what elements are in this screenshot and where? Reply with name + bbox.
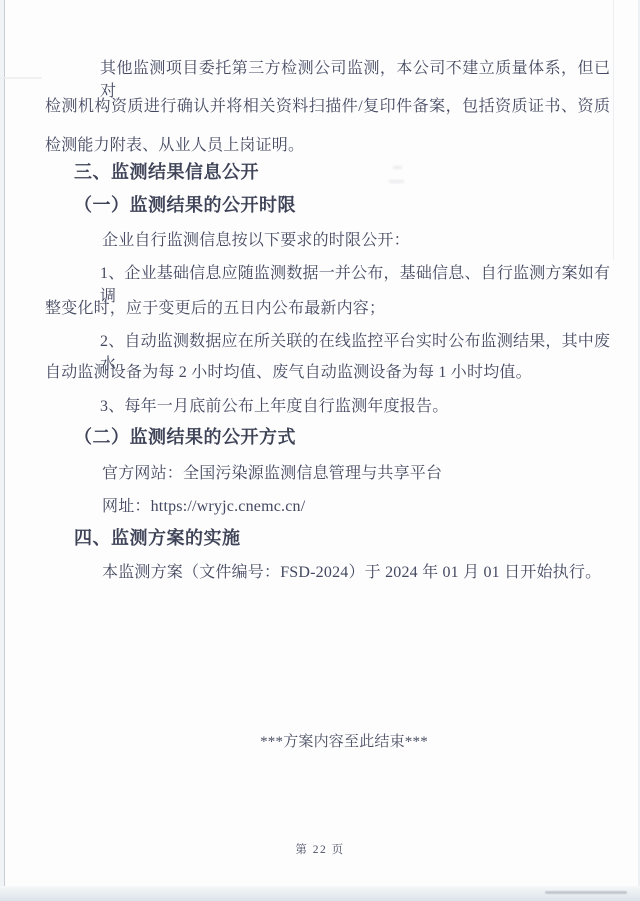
sub2-url-line: 网址：https://wryjc.cnemc.cn/ — [102, 495, 305, 518]
heading-section3-sub2: （二）监测结果的公开方式 — [74, 426, 296, 449]
sub1-item3-line: 3、每年一月底前公布上年度自行监测年度报告。 — [100, 395, 448, 418]
heading-section3: 三、监测结果信息公开 — [74, 161, 259, 184]
scanned-document-page: 其他监测项目委托第三方检测公司监测，本公司不建立质量体系，但已对 检测机构资质进… — [0, 0, 640, 901]
scan-artifact-line — [0, 77, 42, 79]
heading-section3-sub1: （一）监测结果的公开时限 — [74, 194, 296, 217]
scan-smudge-bottom-right — [545, 891, 627, 894]
sub1-item2-line2: 自动监测设备为每 2 小时均值、废气自动监测设备为每 1 小时均值。 — [45, 361, 532, 384]
heading-section4: 四、监测方案的实施 — [74, 527, 241, 550]
section4-body-line: 本监测方案（文件编号：FSD-2024）于 2024 年 01 月 01 日开始… — [102, 561, 601, 584]
scan-bottom-edge — [0, 886, 640, 901]
scan-right-edge-line — [613, 0, 614, 260]
sub1-item1-line2: 整变化时，应于变更后的五日内公布最新内容； — [45, 297, 385, 320]
sub2-official-site-line: 官方网站：全国污染源监测信息管理与共享平台 — [102, 462, 442, 485]
para-third-party-line3: 检测能力附表、从业人员上岗证明。 — [45, 134, 304, 157]
scan-left-edge-line — [4, 0, 5, 901]
para-third-party-line2: 检测机构资质进行确认并将相关资料扫描件/复印件备案，包括资质证书、资质 — [45, 95, 610, 118]
scan-smudge — [393, 166, 402, 169]
scan-smudge — [389, 180, 404, 183]
page-number: 第 22 页 — [0, 839, 640, 862]
sub1-intro-line: 企业自行监测信息按以下要求的时限公开： — [102, 229, 410, 252]
plan-end-marker: ***方案内容至此结束*** — [24, 731, 640, 754]
